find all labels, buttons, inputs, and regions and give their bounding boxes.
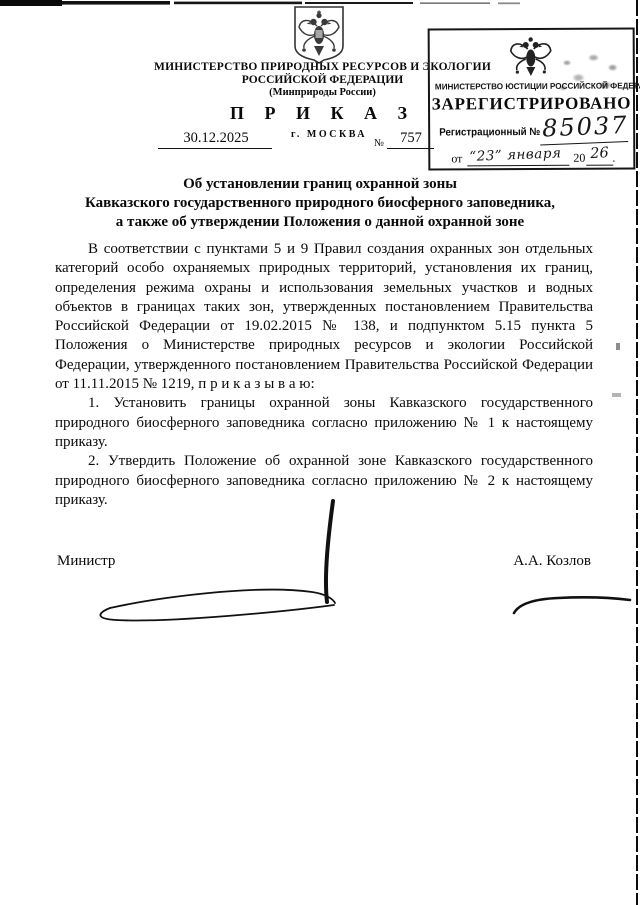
scan-artifact-right-edge: [636, 0, 638, 905]
stamp-registration-number-handwritten: 85037: [542, 111, 629, 142]
coat-of-arms-icon: [291, 6, 347, 64]
order-title-line: Кавказского государственного природного …: [48, 194, 592, 213]
stamp-date-day-month-handwritten: “23” января: [469, 145, 562, 165]
number-underline: [387, 148, 434, 149]
stamp-date-year-printed: 20: [573, 151, 585, 166]
stamp-eagle-icon: [508, 35, 554, 79]
name-signature-stroke: [506, 592, 634, 618]
document-page: МИНИСТЕРСТВО ПРИРОДНЫХ РЕСУРСОВ И ЭКОЛОГ…: [0, 0, 640, 905]
stamp-date-suffix: .: [612, 151, 615, 166]
stamp-date-prefix: от: [451, 151, 462, 166]
stamp-registration-label: Регистрационный №: [439, 126, 540, 139]
date-underline: [158, 148, 272, 149]
signer-name: А.А. Козлов: [513, 553, 591, 570]
body-paragraph-preamble: В соответствии с пунктами 5 и 9 Правил с…: [55, 240, 593, 394]
stamp-date-underline: [467, 165, 569, 167]
order-title-line: Об установлении границ охранной зоны: [48, 175, 592, 194]
order-title-line: а также об утверждении Положения о данно…: [48, 213, 592, 232]
stamp-agency-name: МИНИСТЕРСТВО ЮСТИЦИИ РОССИЙСКОЙ ФЕДЕРАЦИ…: [435, 80, 628, 91]
document-number: 757: [389, 130, 433, 147]
scan-speck: [616, 343, 620, 350]
stamp-year-underline: [586, 165, 613, 167]
order-title: Об установлении границ охранной зоны Кав…: [48, 175, 592, 232]
registration-stamp: МИНИСТЕРСТВО ЮСТИЦИИ РОССИЙСКОЙ ФЕДЕРАЦИ…: [428, 27, 636, 170]
document-city: г. МОСКВА: [291, 129, 367, 140]
stamp-date-year-handwritten: 26: [590, 145, 609, 162]
order-body: В соответствии с пунктами 5 и 9 Правил с…: [55, 240, 593, 510]
body-paragraph-item-1: 1. Установить границы охранной зоны Кавк…: [55, 394, 593, 452]
number-sign: №: [374, 138, 384, 149]
document-date: 30.12.2025: [160, 130, 272, 147]
minister-signature-stroke: [50, 498, 350, 628]
scan-speck: [612, 393, 621, 397]
